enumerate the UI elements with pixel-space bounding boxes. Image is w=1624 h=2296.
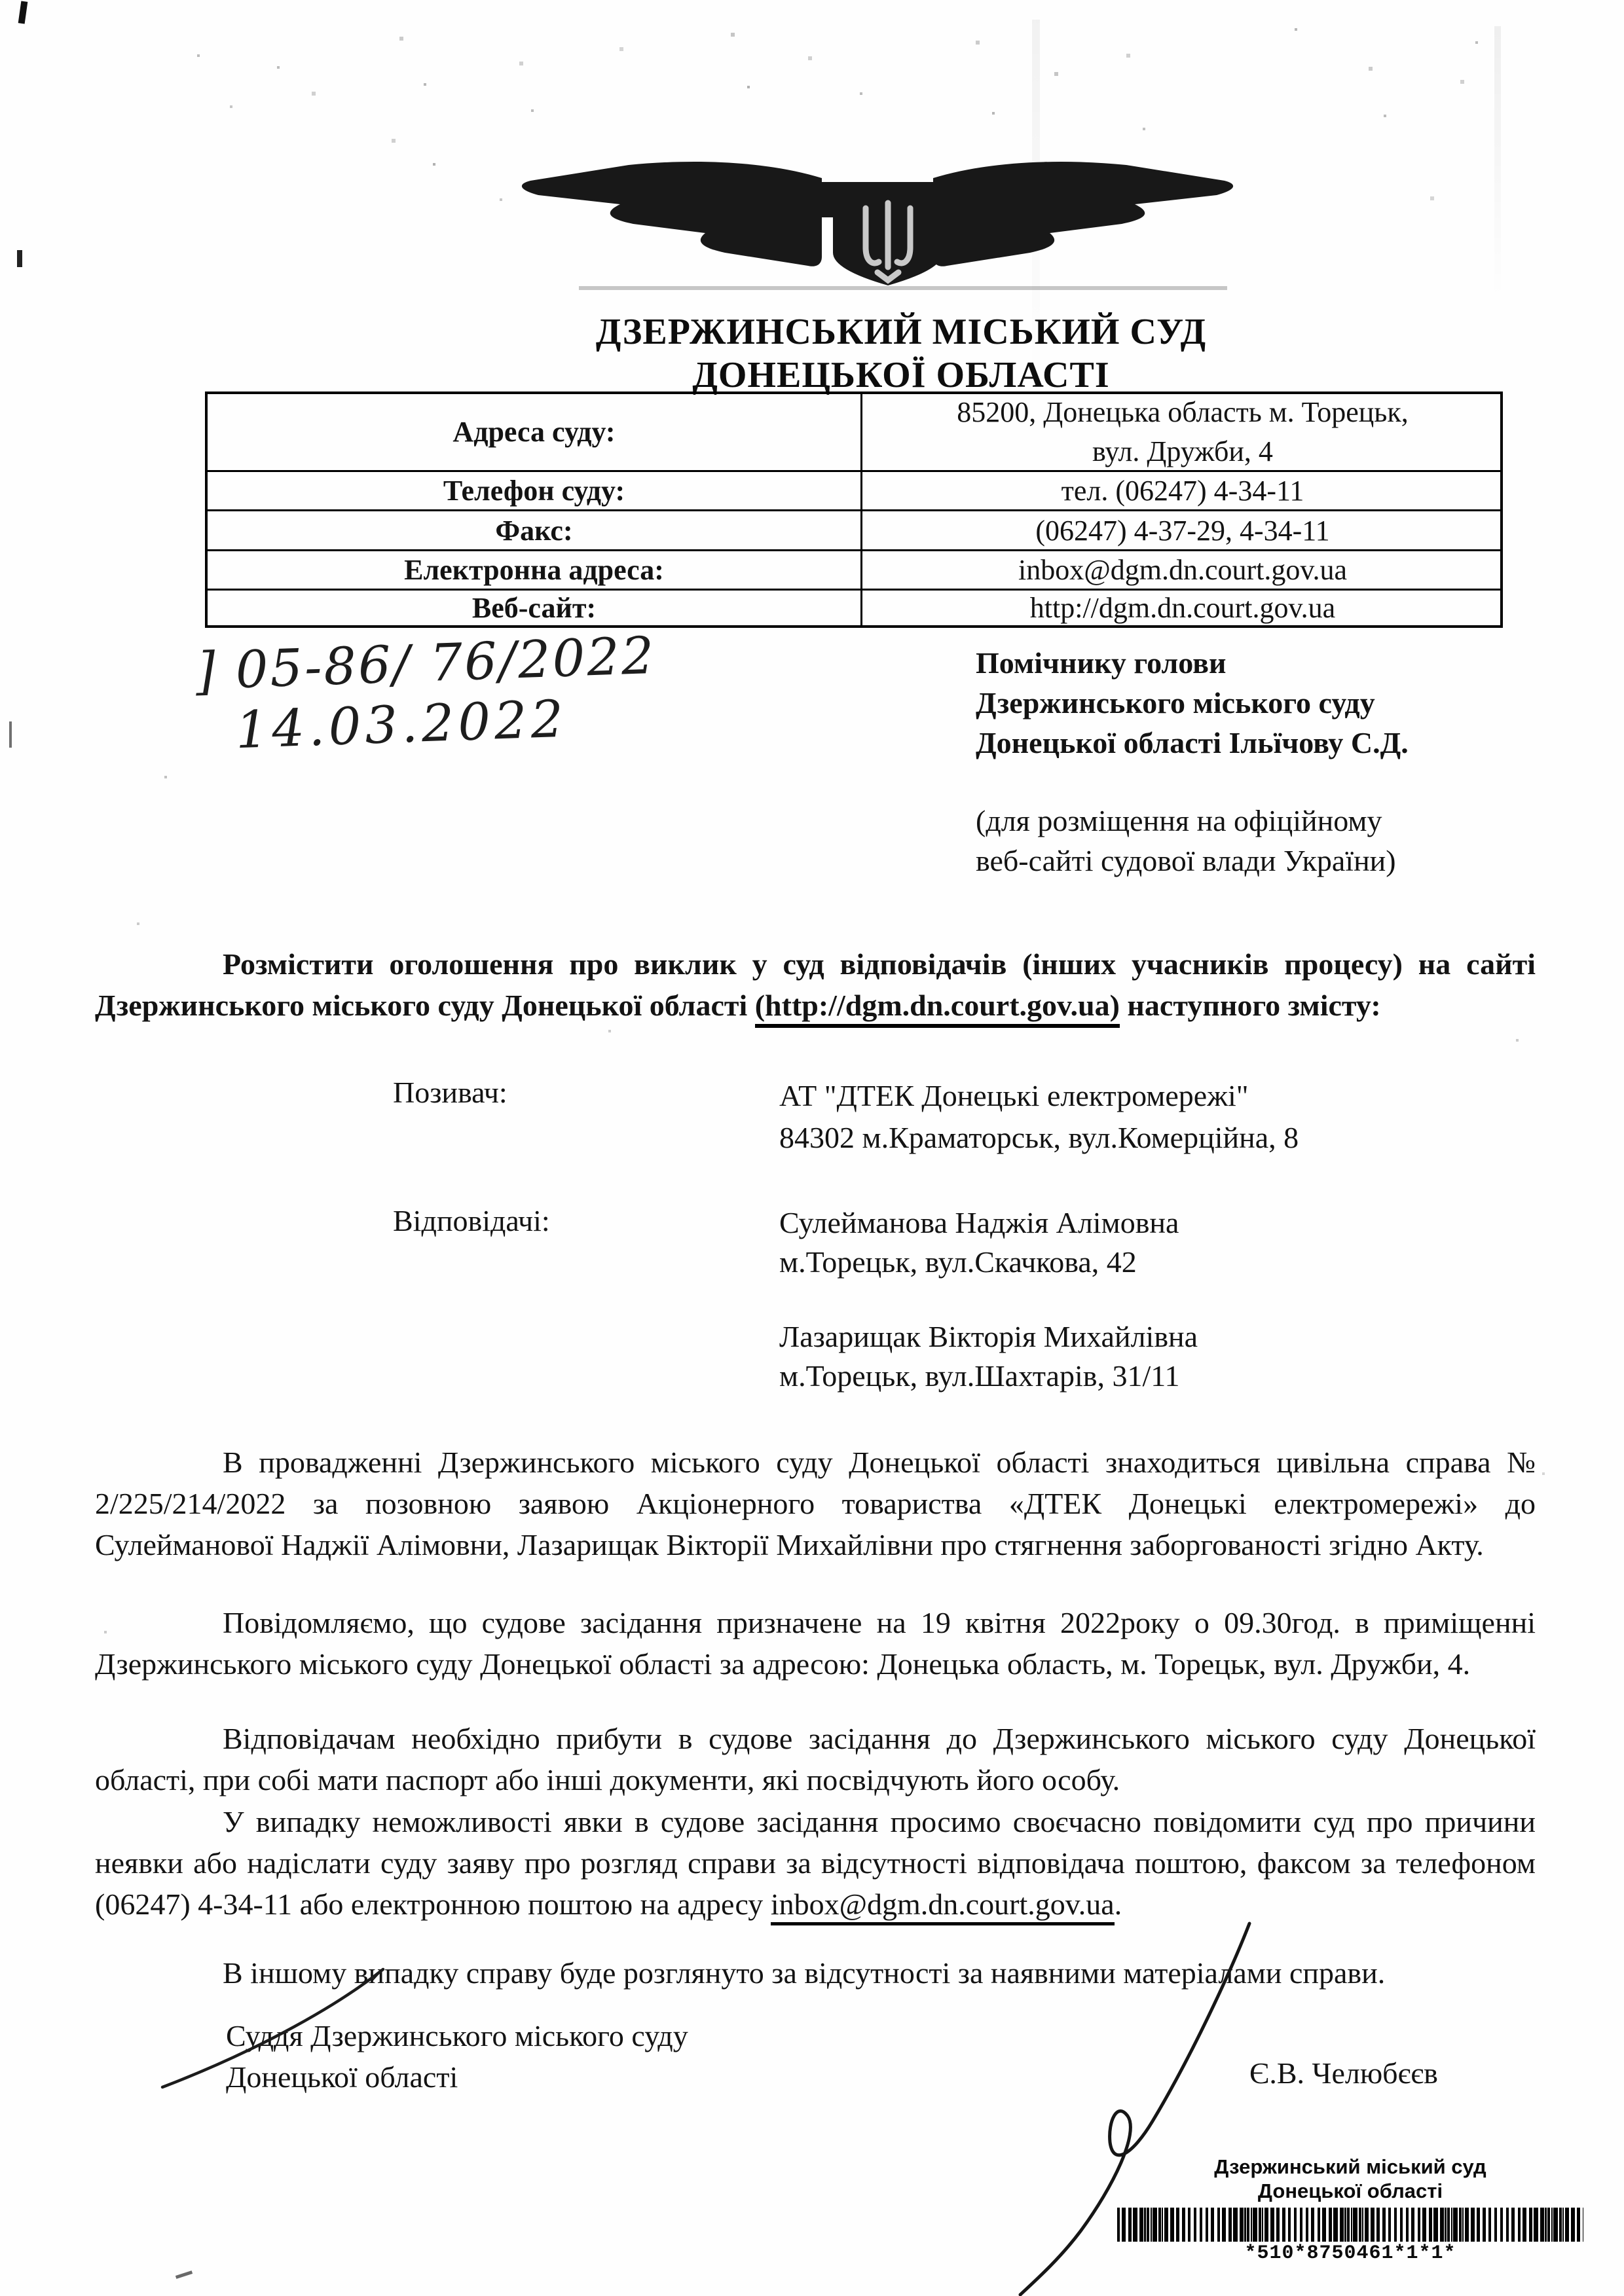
defendants-label: Відповідачі:: [393, 1203, 550, 1238]
scan-edge-mark: [17, 250, 22, 267]
defendant-details: Лазарищак Вікторія Михайлівна м.Торецьк,…: [779, 1317, 1198, 1396]
placement-note-line: веб-сайті судової влади України): [976, 841, 1539, 881]
contact-label: Веб-сайт:: [208, 589, 862, 625]
court-title-line1: ДЗЕРЖИНСЬКИЙ МІСЬКИЙ СУД: [246, 310, 1556, 354]
scan-edge-mark: [175, 2270, 193, 2279]
contact-label: Факс:: [208, 509, 862, 549]
placement-note-line: (для розміщення на офіційному: [976, 801, 1539, 841]
absence-notice-paragraph: У випадку неможливості явки в судове зас…: [95, 1801, 1536, 1925]
contact-label: Телефон суду:: [208, 470, 862, 509]
addressee-line: Дзержинського міського суду: [976, 683, 1539, 723]
stamp-court-name-line2: Донецької області: [1117, 2179, 1583, 2203]
contact-label: Електронна адреса:: [208, 549, 862, 589]
scan-edge-mark: [9, 721, 12, 748]
defendant-details: Сулейманова Наджія Алімовна м.Торецьк, в…: [779, 1203, 1179, 1282]
court-emblem-icon: [504, 157, 1251, 288]
defendant-address: м.Торецьк, вул.Шахтарів, 31/11: [779, 1357, 1198, 1396]
hearing-info-paragraph: Повідомляємо, що судове засідання призна…: [95, 1602, 1536, 1685]
plaintiff-details: АТ "ДТЕК Донецькі електромережі" 84302 м…: [779, 1075, 1299, 1159]
addressee-line: Помічнику голови: [976, 643, 1539, 683]
addressee-block: Помічнику голови Дзержинського міського …: [976, 643, 1539, 881]
court-stamp: Дзержинський міський суд Донецької облас…: [1117, 2155, 1583, 2265]
contact-value: тел. (06247) 4-34-11: [862, 470, 1503, 509]
contact-value: (06247) 4-37-29, 4-34-11: [862, 509, 1503, 549]
defendant-address: м.Торецьк, вул.Скачкова, 42: [779, 1243, 1179, 1282]
contact-value: inbox@dgm.dn.court.gov.ua: [862, 549, 1503, 589]
plaintiff-name: АТ "ДТЕК Донецькі електромережі": [779, 1075, 1299, 1117]
announcement-intro-tail: наступного змісту:: [1120, 989, 1381, 1022]
emblem-scan-smear: [579, 286, 1227, 290]
court-site-url: (http://dgm.dn.court.gov.ua): [755, 989, 1120, 1028]
court-title-line2: ДОНЕЦЬКОЇ ОБЛАСТІ: [246, 354, 1556, 397]
contact-value: http://dgm.dn.court.gov.ua: [862, 589, 1503, 625]
plaintiff-label: Позивач:: [393, 1075, 507, 1110]
scan-noise-specks: [0, 0, 1, 1]
stamp-barcode-code: *510*8750461*1*1*: [1117, 2242, 1583, 2265]
court-title: ДЗЕРЖИНСЬКИЙ МІСЬКИЙ СУД ДОНЕЦЬКОЇ ОБЛАС…: [246, 310, 1556, 397]
judge-name: Є.В. Челюбєєв: [1249, 2056, 1438, 2090]
defendant-name: Лазарищак Вікторія Михайлівна: [779, 1317, 1198, 1357]
stamp-court-name-line1: Дзержинський міський суд: [1117, 2155, 1583, 2179]
contact-value: 85200, Донецька область м. Торецьк, вул.…: [862, 394, 1503, 470]
case-info-paragraph: В провадженні Дзержинського міського суд…: [95, 1442, 1536, 1565]
court-email: inbox@dgm.dn.court.gov.ua: [771, 1887, 1115, 1925]
addressee-line: Донецької області Ільїчову С.Д.: [976, 723, 1539, 763]
contact-label: Адреса суду:: [208, 394, 862, 470]
scan-streak: [1494, 26, 1501, 301]
scan-edge-mark: [18, 1, 28, 24]
judge-role-line: Донецької області: [226, 2056, 688, 2098]
placement-note: (для розміщення на офіційному веб-сайті …: [976, 801, 1539, 881]
court-contact-table: Адреса суду: 85200, Донецька область м. …: [205, 392, 1503, 628]
judge-role: Суддя Дзержинського міського суду Донець…: [226, 2015, 688, 2098]
handwritten-block: ] 05-86/ 76/2022 14.03.2022: [194, 626, 659, 762]
stamp-barcode: [1117, 2208, 1583, 2242]
fallback-paragraph: В іншому випадку справу буде розглянуто …: [95, 1952, 1536, 1994]
defendant-name: Сулейманова Наджія Алімовна: [779, 1203, 1179, 1243]
judge-role-line: Суддя Дзержинського міського суду: [226, 2015, 688, 2056]
absence-notice-tail: .: [1115, 1887, 1122, 1921]
appearance-requirement-paragraph: Відповідачам необхідно прибути в судове …: [95, 1718, 1536, 1800]
scanned-court-letter: ДЗЕРЖИНСЬКИЙ МІСЬКИЙ СУД ДОНЕЦЬКОЇ ОБЛАС…: [0, 0, 1624, 2296]
announcement-intro: Розмістити оголошення про виклик у суд в…: [95, 943, 1536, 1026]
plaintiff-address: 84302 м.Краматорськ, вул.Комерційна, 8: [779, 1117, 1299, 1159]
